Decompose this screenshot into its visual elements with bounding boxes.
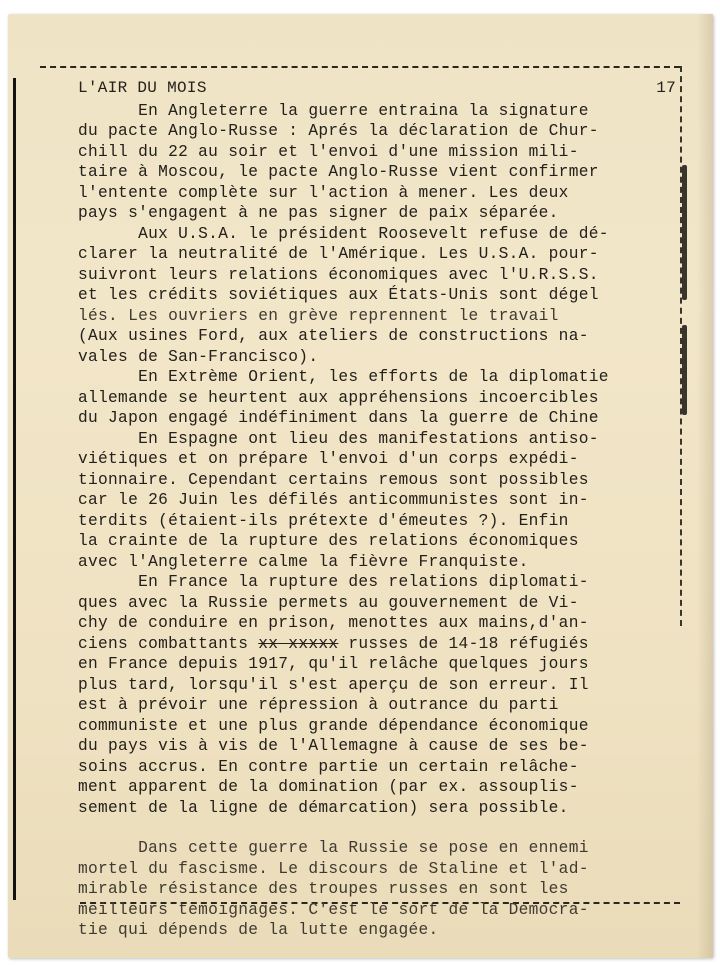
struck-out-text: xx xxxxx <box>258 635 338 653</box>
text-line: Dans cette guerre la Russie se pose en e… <box>78 838 688 859</box>
paragraph-angleterre: En Angleterre la guerre entraina la sign… <box>78 101 688 224</box>
text-line: En France la rupture des relations diplo… <box>78 572 688 593</box>
text-line: meilleurs témoignages. C'est le sort de … <box>78 900 688 921</box>
text-line: du pays vis à vis de l'Allemagne à cause… <box>78 736 688 757</box>
frame-top-rule <box>40 66 680 68</box>
text-line: En Angleterre la guerre entraina la sign… <box>78 101 688 122</box>
section-title: L'AIR DU MOIS <box>78 78 207 99</box>
paragraph-conclusion: Dans cette guerre la Russie se pose en e… <box>78 838 688 941</box>
paragraph-extreme-orient: En Extrème Orient, les efforts de la dip… <box>78 367 688 429</box>
paragraph-spacer <box>78 818 688 838</box>
text-line: soins accrus. En contre partie un certai… <box>78 757 688 778</box>
text-line: lés. Les ouvriers en grève reprennent le… <box>78 306 688 327</box>
text-line: vales de San-Francisco). <box>78 347 688 368</box>
text-line-with-strikeout: ciens combattants xx xxxxx russes de 14-… <box>78 634 688 655</box>
text-line: plus tard, lorsqu'il s'est aperçu de son… <box>78 675 688 696</box>
text-line: suivront leurs relations économiques ave… <box>78 265 688 286</box>
text-line: chy de conduire en prison, menottes aux … <box>78 613 688 634</box>
document-body: L'AIR DU MOIS 17 En Angleterre la guerre… <box>78 78 688 941</box>
text-line: En Extrème Orient, les efforts de la dip… <box>78 367 688 388</box>
paragraph-france: En France la rupture des relations diplo… <box>78 572 688 818</box>
page-number: 17 <box>656 78 676 99</box>
text-fragment: ciens combattants <box>78 635 258 653</box>
running-header: L'AIR DU MOIS 17 <box>78 78 676 99</box>
text-line: la crainte de la rupture des relations é… <box>78 531 688 552</box>
text-line: tionnaire. Cependant certains remous son… <box>78 470 688 491</box>
text-line: clarer la neutralité de l'Amérique. Les … <box>78 244 688 265</box>
text-line: terdits (étaient-ils prétexte d'émeutes … <box>78 511 688 532</box>
text-line: sement de la ligne de démarcation) sera … <box>78 798 688 819</box>
text-line: pays s'engagent à ne pas signer de paix … <box>78 203 688 224</box>
frame-left-rule <box>13 78 16 900</box>
text-line: mirable résistance des troupes russes en… <box>78 879 688 900</box>
text-line: viétiques et on prépare l'envoi d'un cor… <box>78 449 688 470</box>
text-line: chill du 22 au soir et l'envoi d'une mis… <box>78 142 688 163</box>
text-line: du pacte Anglo-Russe : Aprés la déclarat… <box>78 121 688 142</box>
text-line: ques avec la Russie permets au gouvernem… <box>78 593 688 614</box>
text-line: (Aux usines Ford, aux ateliers de constr… <box>78 326 688 347</box>
text-line: tie qui dépends de la lutte engagée. <box>78 920 688 941</box>
text-line: allemande se heurtent aux appréhensions … <box>78 388 688 409</box>
text-line: en France depuis 1917, qu'il relâche que… <box>78 654 688 675</box>
paragraph-espagne: En Espagne ont lieu des manifestations a… <box>78 429 688 573</box>
text-line: ment apparent de la domination (par ex. … <box>78 777 688 798</box>
text-fragment: russes de 14-18 réfugiés <box>338 635 588 653</box>
text-line: taire à Moscou, le pacte Anglo-Russe vie… <box>78 162 688 183</box>
text-line: est à prévoir une répression à outrance … <box>78 695 688 716</box>
text-line: du Japon engagé indéfiniment dans la gue… <box>78 408 688 429</box>
text-line: mortel du fascisme. Le discours de Stali… <box>78 859 688 880</box>
text-line: avec l'Angleterre calme la fièvre Franqu… <box>78 552 688 573</box>
text-line: En Espagne ont lieu des manifestations a… <box>78 429 688 450</box>
text-line: Aux U.S.A. le président Roosevelt refuse… <box>78 224 688 245</box>
paragraph-usa: Aux U.S.A. le président Roosevelt refuse… <box>78 224 688 368</box>
text-line: communiste et une plus grande dépendance… <box>78 716 688 737</box>
text-line: l'entente complète sur l'action à mener.… <box>78 183 688 204</box>
text-line: car le 26 Juin les défilés anticommunist… <box>78 490 688 511</box>
text-line: et les crédits soviétiques aux États-Uni… <box>78 285 688 306</box>
